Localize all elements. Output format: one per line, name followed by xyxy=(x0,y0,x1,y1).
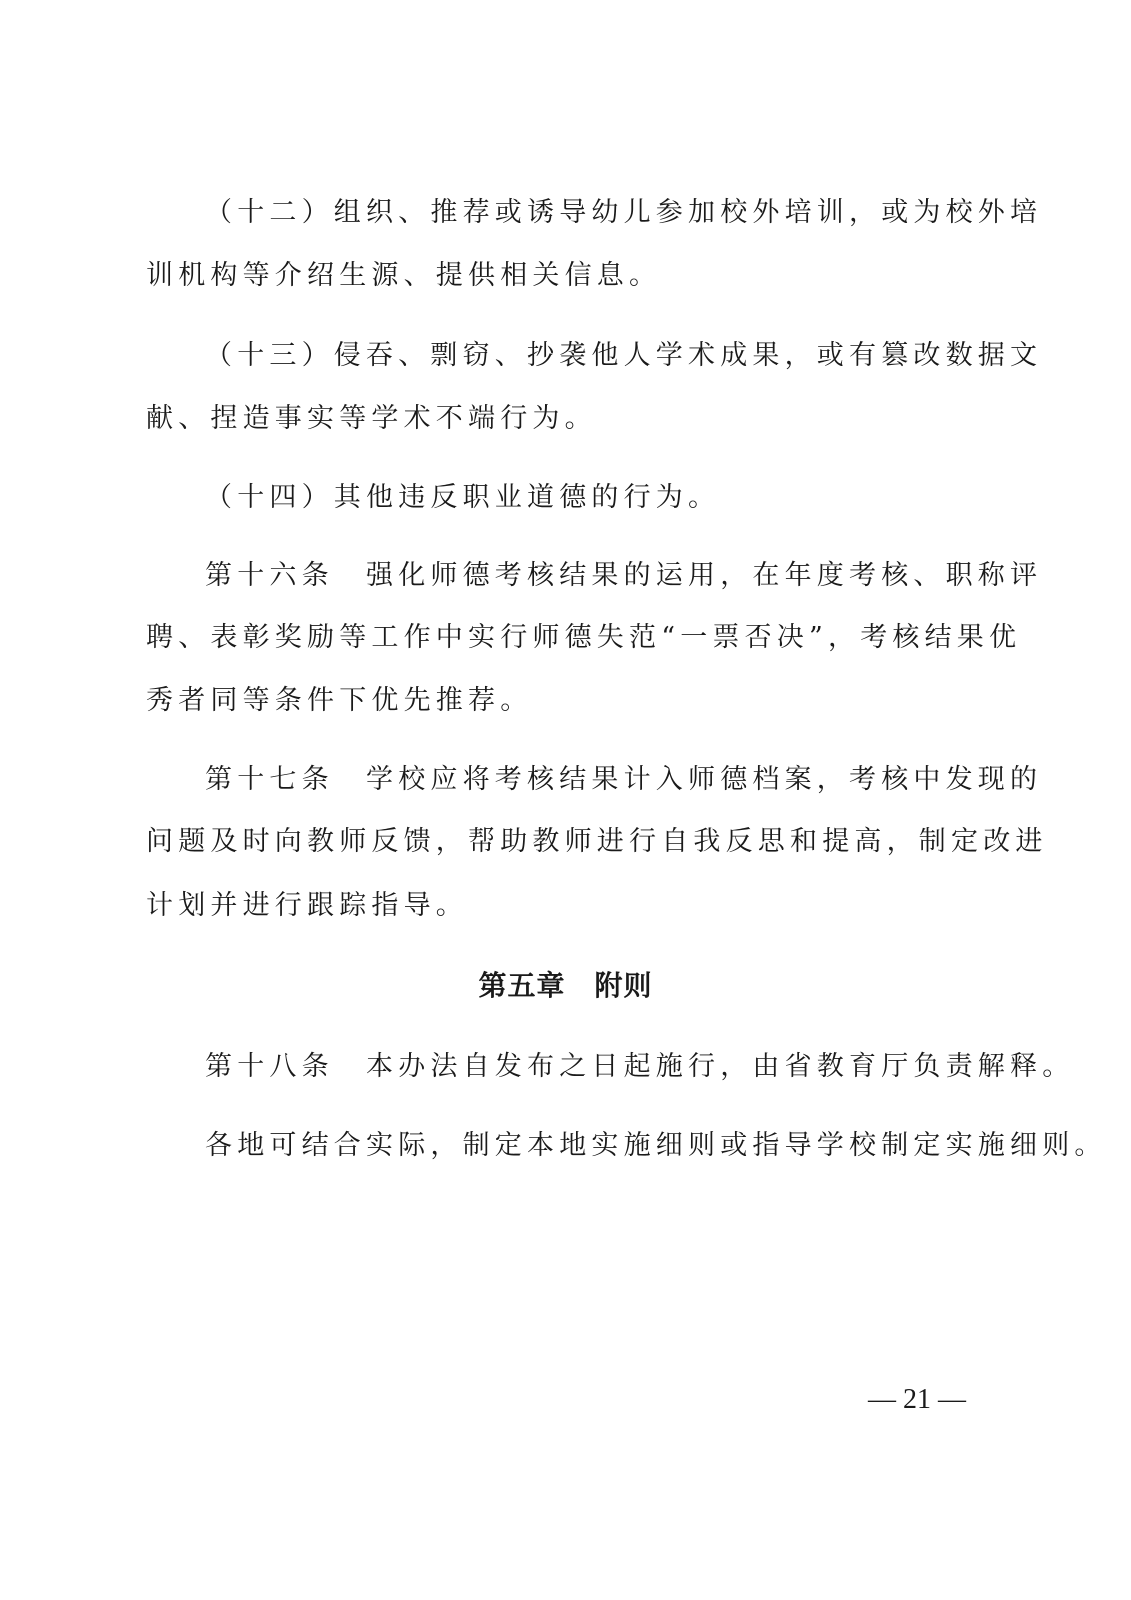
document-page: （十二）组织、推荐或诱导幼儿参加校外培训，或为校外培 训机构等介绍生源、提供相关… xyxy=(0,0,1131,1600)
item-13-line-1: （十三）侵吞、剽窃、抄袭他人学术成果，或有篡改数据文 xyxy=(205,336,1045,376)
chapter-heading: 第五章 附则 xyxy=(0,966,1131,1006)
item-12-line-2: 训机构等介绍生源、提供相关信息。 xyxy=(146,256,986,296)
article-16-line-3: 秀者同等条件下优先推荐。 xyxy=(146,681,986,721)
local-rules-line-1: 各地可结合实际，制定本地实施细则或指导学校制定实施细则。 xyxy=(205,1126,1045,1166)
article-16-line-2: 聘、表彰奖励等工作中实行师德失范“一票否决”，考核结果优 xyxy=(146,618,986,658)
article-17-line-3: 计划并进行跟踪指导。 xyxy=(146,886,986,926)
item-13-line-2: 献、捏造事实等学术不端行为。 xyxy=(146,399,986,439)
article-16-line-1: 第十六条 强化师德考核结果的运用，在年度考核、职称评 xyxy=(205,556,1045,596)
item-14-line-1: （十四）其他违反职业道德的行为。 xyxy=(205,478,1045,518)
article-17-line-1: 第十七条 学校应将考核结果计入师德档案，考核中发现的 xyxy=(205,760,1045,800)
article-18-line-1: 第十八条 本办法自发布之日起施行，由省教育厅负责解释。 xyxy=(205,1047,1045,1087)
page-number: — 21 — xyxy=(868,1382,966,1418)
article-17-line-2: 问题及时向教师反馈，帮助教师进行自我反思和提高，制定改进 xyxy=(146,822,986,862)
item-12-line-1: （十二）组织、推荐或诱导幼儿参加校外培训，或为校外培 xyxy=(205,193,1045,233)
